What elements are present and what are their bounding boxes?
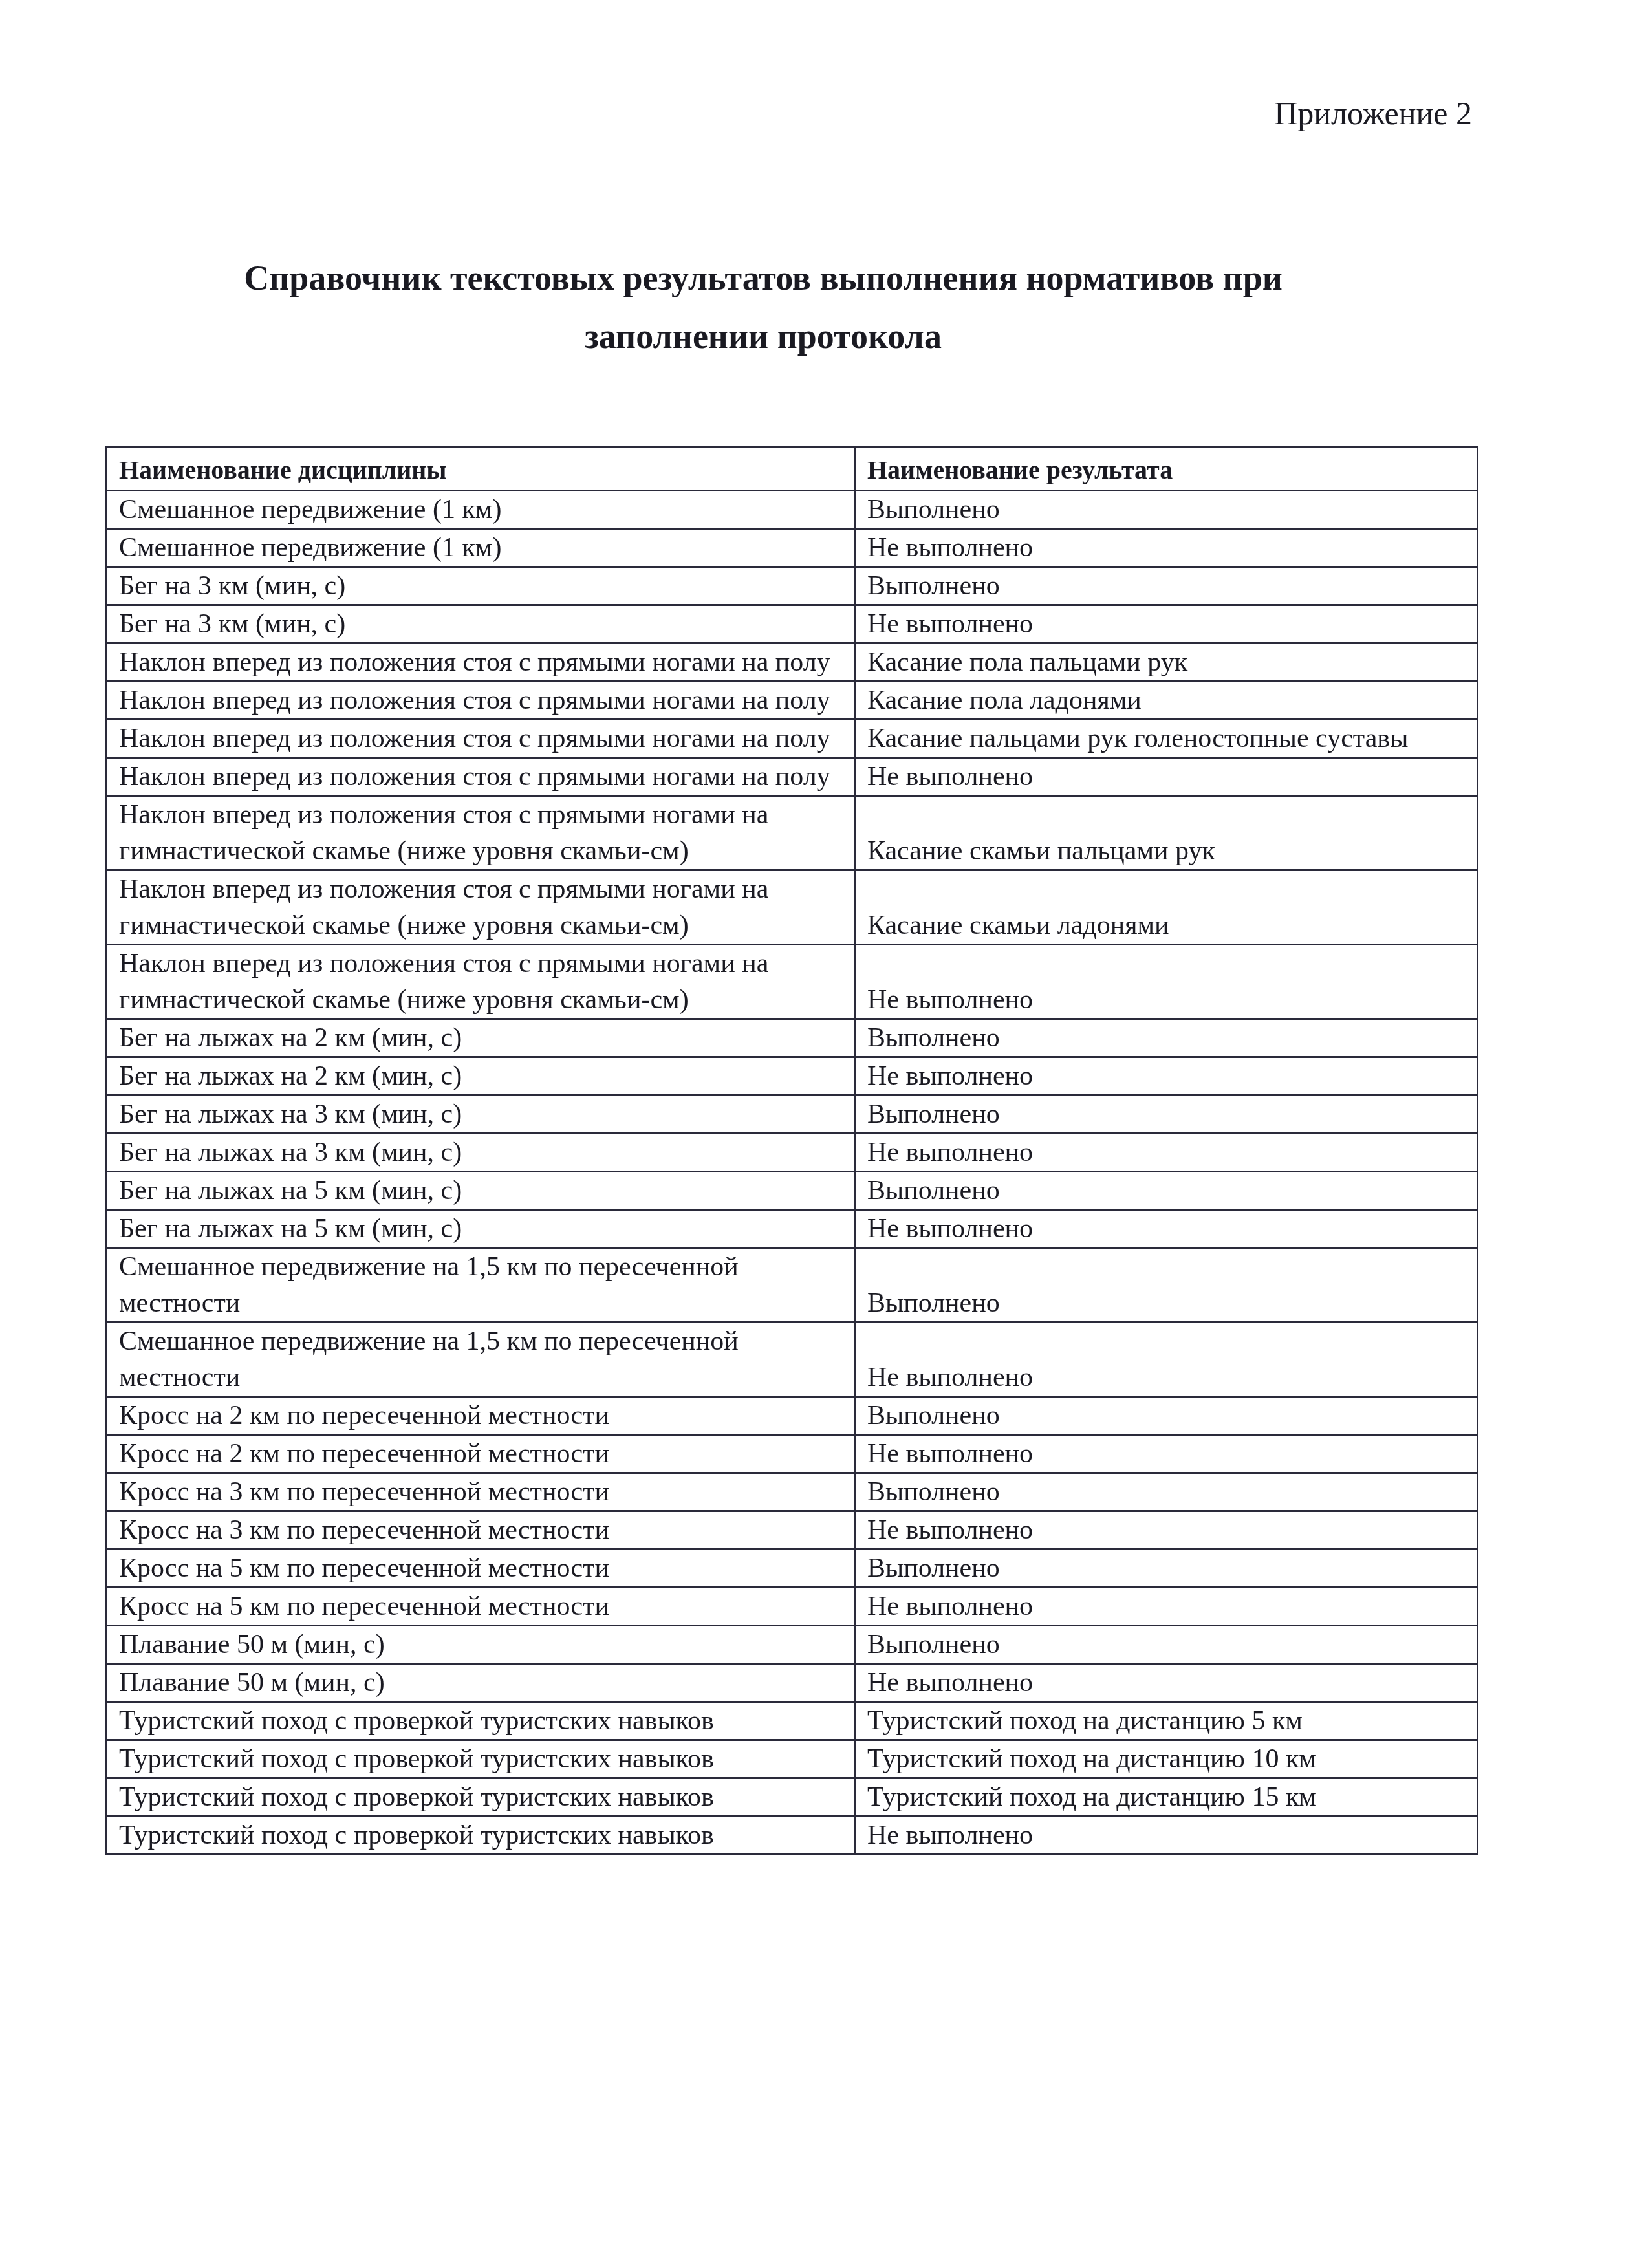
header-result: Наименование результата xyxy=(855,448,1478,491)
cell-result: Не выполнено xyxy=(855,1511,1478,1550)
table-row: Бег на лыжах на 2 км (мин, с)Выполнено xyxy=(107,1019,1478,1057)
table-row: Наклон вперед из положения стоя с прямым… xyxy=(107,870,1478,945)
cell-discipline: Наклон вперед из положения стоя с прямым… xyxy=(107,945,855,1019)
table-row: Кросс на 5 км по пересеченной местностиН… xyxy=(107,1588,1478,1626)
cell-discipline: Кросс на 5 км по пересеченной местности xyxy=(107,1588,855,1626)
cell-result: Выполнено xyxy=(855,1172,1478,1210)
table-row: Наклон вперед из положения стоя с прямым… xyxy=(107,643,1478,682)
cell-discipline: Бег на 3 км (мин, с) xyxy=(107,605,855,643)
cell-result: Выполнено xyxy=(855,491,1478,529)
table-row: Туристский поход с проверкой туристских … xyxy=(107,1702,1478,1740)
cell-discipline: Кросс на 2 км по пересеченной местности xyxy=(107,1435,855,1473)
cell-discipline: Бег на лыжах на 2 км (мин, с) xyxy=(107,1019,855,1057)
table-row: Смешанное передвижение на 1,5 км по пере… xyxy=(107,1248,1478,1323)
cell-discipline: Наклон вперед из положения стоя с прямым… xyxy=(107,796,855,870)
header-discipline: Наименование дисциплины xyxy=(107,448,855,491)
table-row: Кросс на 2 км по пересеченной местностиН… xyxy=(107,1435,1478,1473)
cell-result: Туристский поход на дистанцию 5 км xyxy=(855,1702,1478,1740)
cell-result: Не выполнено xyxy=(855,1323,1478,1397)
cell-result: Не выполнено xyxy=(855,758,1478,796)
cell-discipline: Кросс на 5 км по пересеченной местности xyxy=(107,1550,855,1588)
cell-result: Не выполнено xyxy=(855,1134,1478,1172)
cell-discipline: Бег на 3 км (мин, с) xyxy=(107,567,855,605)
cell-discipline: Туристский поход с проверкой туристских … xyxy=(107,1702,855,1740)
table-header-row: Наименование дисциплины Наименование рез… xyxy=(107,448,1478,491)
cell-result: Не выполнено xyxy=(855,1664,1478,1702)
cell-result: Не выполнено xyxy=(855,1057,1478,1096)
cell-result: Касание пола пальцами рук xyxy=(855,643,1478,682)
cell-discipline: Смешанное передвижение (1 км) xyxy=(107,529,855,567)
cell-result: Касание скамьи ладонями xyxy=(855,870,1478,945)
cell-discipline: Смешанное передвижение на 1,5 км по пере… xyxy=(107,1323,855,1397)
table-row: Наклон вперед из положения стоя с прямым… xyxy=(107,945,1478,1019)
document-title-line-2: заполнении протокола xyxy=(116,307,1410,365)
table-row: Туристский поход с проверкой туристских … xyxy=(107,1778,1478,1817)
cell-result: Не выполнено xyxy=(855,945,1478,1019)
cell-result: Не выполнено xyxy=(855,1435,1478,1473)
cell-result: Выполнено xyxy=(855,1397,1478,1435)
table-row: Наклон вперед из положения стоя с прямым… xyxy=(107,758,1478,796)
table-row: Наклон вперед из положения стоя с прямым… xyxy=(107,796,1478,870)
cell-discipline: Наклон вперед из положения стоя с прямым… xyxy=(107,720,855,758)
cell-result: Выполнено xyxy=(855,1626,1478,1664)
cell-discipline: Наклон вперед из положения стоя с прямым… xyxy=(107,643,855,682)
cell-result: Выполнено xyxy=(855,1473,1478,1511)
cell-discipline: Плавание 50 м (мин, с) xyxy=(107,1626,855,1664)
table-row: Бег на 3 км (мин, с)Не выполнено xyxy=(107,605,1478,643)
table-row: Наклон вперед из положения стоя с прямым… xyxy=(107,682,1478,720)
cell-discipline: Кросс на 2 км по пересеченной местности xyxy=(107,1397,855,1435)
table-row: Бег на лыжах на 5 км (мин, с)Выполнено xyxy=(107,1172,1478,1210)
cell-result: Не выполнено xyxy=(855,1817,1478,1855)
cell-discipline: Бег на лыжах на 3 км (мин, с) xyxy=(107,1096,855,1134)
cell-discipline: Туристский поход с проверкой туристских … xyxy=(107,1817,855,1855)
cell-result: Выполнено xyxy=(855,1550,1478,1588)
document-title: Справочник текстовых результатов выполне… xyxy=(116,249,1410,365)
cell-result: Туристский поход на дистанцию 15 км xyxy=(855,1778,1478,1817)
cell-result: Выполнено xyxy=(855,567,1478,605)
table-row: Наклон вперед из положения стоя с прямым… xyxy=(107,720,1478,758)
appendix-label: Приложение 2 xyxy=(1274,97,1472,129)
cell-discipline: Бег на лыжах на 5 км (мин, с) xyxy=(107,1210,855,1248)
table-row: Бег на лыжах на 3 км (мин, с)Выполнено xyxy=(107,1096,1478,1134)
table-row: Туристский поход с проверкой туристских … xyxy=(107,1740,1478,1778)
cell-discipline: Бег на лыжах на 3 км (мин, с) xyxy=(107,1134,855,1172)
cell-result: Касание пальцами рук голеностопные суста… xyxy=(855,720,1478,758)
cell-discipline: Наклон вперед из положения стоя с прямым… xyxy=(107,682,855,720)
table-row: Бег на лыжах на 2 км (мин, с)Не выполнен… xyxy=(107,1057,1478,1096)
cell-discipline: Смешанное передвижение (1 км) xyxy=(107,491,855,529)
document-title-line-1: Справочник текстовых результатов выполне… xyxy=(116,249,1410,307)
table-row: Кросс на 3 км по пересеченной местностиВ… xyxy=(107,1473,1478,1511)
cell-result: Не выполнено xyxy=(855,1588,1478,1626)
table-row: Смешанное передвижение (1 км)Выполнено xyxy=(107,491,1478,529)
cell-discipline: Наклон вперед из положения стоя с прямым… xyxy=(107,870,855,945)
table-row: Туристский поход с проверкой туристских … xyxy=(107,1817,1478,1855)
cell-result: Касание пола ладонями xyxy=(855,682,1478,720)
results-reference-table: Наименование дисциплины Наименование рез… xyxy=(105,446,1478,1855)
table-row: Кросс на 3 км по пересеченной местностиН… xyxy=(107,1511,1478,1550)
cell-result: Туристский поход на дистанцию 10 км xyxy=(855,1740,1478,1778)
cell-result: Выполнено xyxy=(855,1248,1478,1323)
cell-result: Выполнено xyxy=(855,1019,1478,1057)
table-row: Плавание 50 м (мин, с)Выполнено xyxy=(107,1626,1478,1664)
cell-discipline: Бег на лыжах на 5 км (мин, с) xyxy=(107,1172,855,1210)
table-row: Плавание 50 м (мин, с)Не выполнено xyxy=(107,1664,1478,1702)
cell-discipline: Кросс на 3 км по пересеченной местности xyxy=(107,1511,855,1550)
table-row: Бег на лыжах на 5 км (мин, с)Не выполнен… xyxy=(107,1210,1478,1248)
cell-discipline: Смешанное передвижение на 1,5 км по пере… xyxy=(107,1248,855,1323)
table-row: Бег на лыжах на 3 км (мин, с)Не выполнен… xyxy=(107,1134,1478,1172)
table-row: Смешанное передвижение на 1,5 км по пере… xyxy=(107,1323,1478,1397)
cell-discipline: Туристский поход с проверкой туристских … xyxy=(107,1740,855,1778)
cell-result: Выполнено xyxy=(855,1096,1478,1134)
cell-discipline: Кросс на 3 км по пересеченной местности xyxy=(107,1473,855,1511)
cell-result: Не выполнено xyxy=(855,529,1478,567)
cell-result: Не выполнено xyxy=(855,1210,1478,1248)
table-row: Смешанное передвижение (1 км)Не выполнен… xyxy=(107,529,1478,567)
cell-result: Касание скамьи пальцами рук xyxy=(855,796,1478,870)
table-row: Кросс на 2 км по пересеченной местностиВ… xyxy=(107,1397,1478,1435)
cell-discipline: Плавание 50 м (мин, с) xyxy=(107,1664,855,1702)
table-row: Бег на 3 км (мин, с)Выполнено xyxy=(107,567,1478,605)
cell-result: Не выполнено xyxy=(855,605,1478,643)
cell-discipline: Бег на лыжах на 2 км (мин, с) xyxy=(107,1057,855,1096)
cell-discipline: Наклон вперед из положения стоя с прямым… xyxy=(107,758,855,796)
table-body: Смешанное передвижение (1 км)ВыполненоСм… xyxy=(107,491,1478,1855)
table-row: Кросс на 5 км по пересеченной местностиВ… xyxy=(107,1550,1478,1588)
cell-discipline: Туристский поход с проверкой туристских … xyxy=(107,1778,855,1817)
